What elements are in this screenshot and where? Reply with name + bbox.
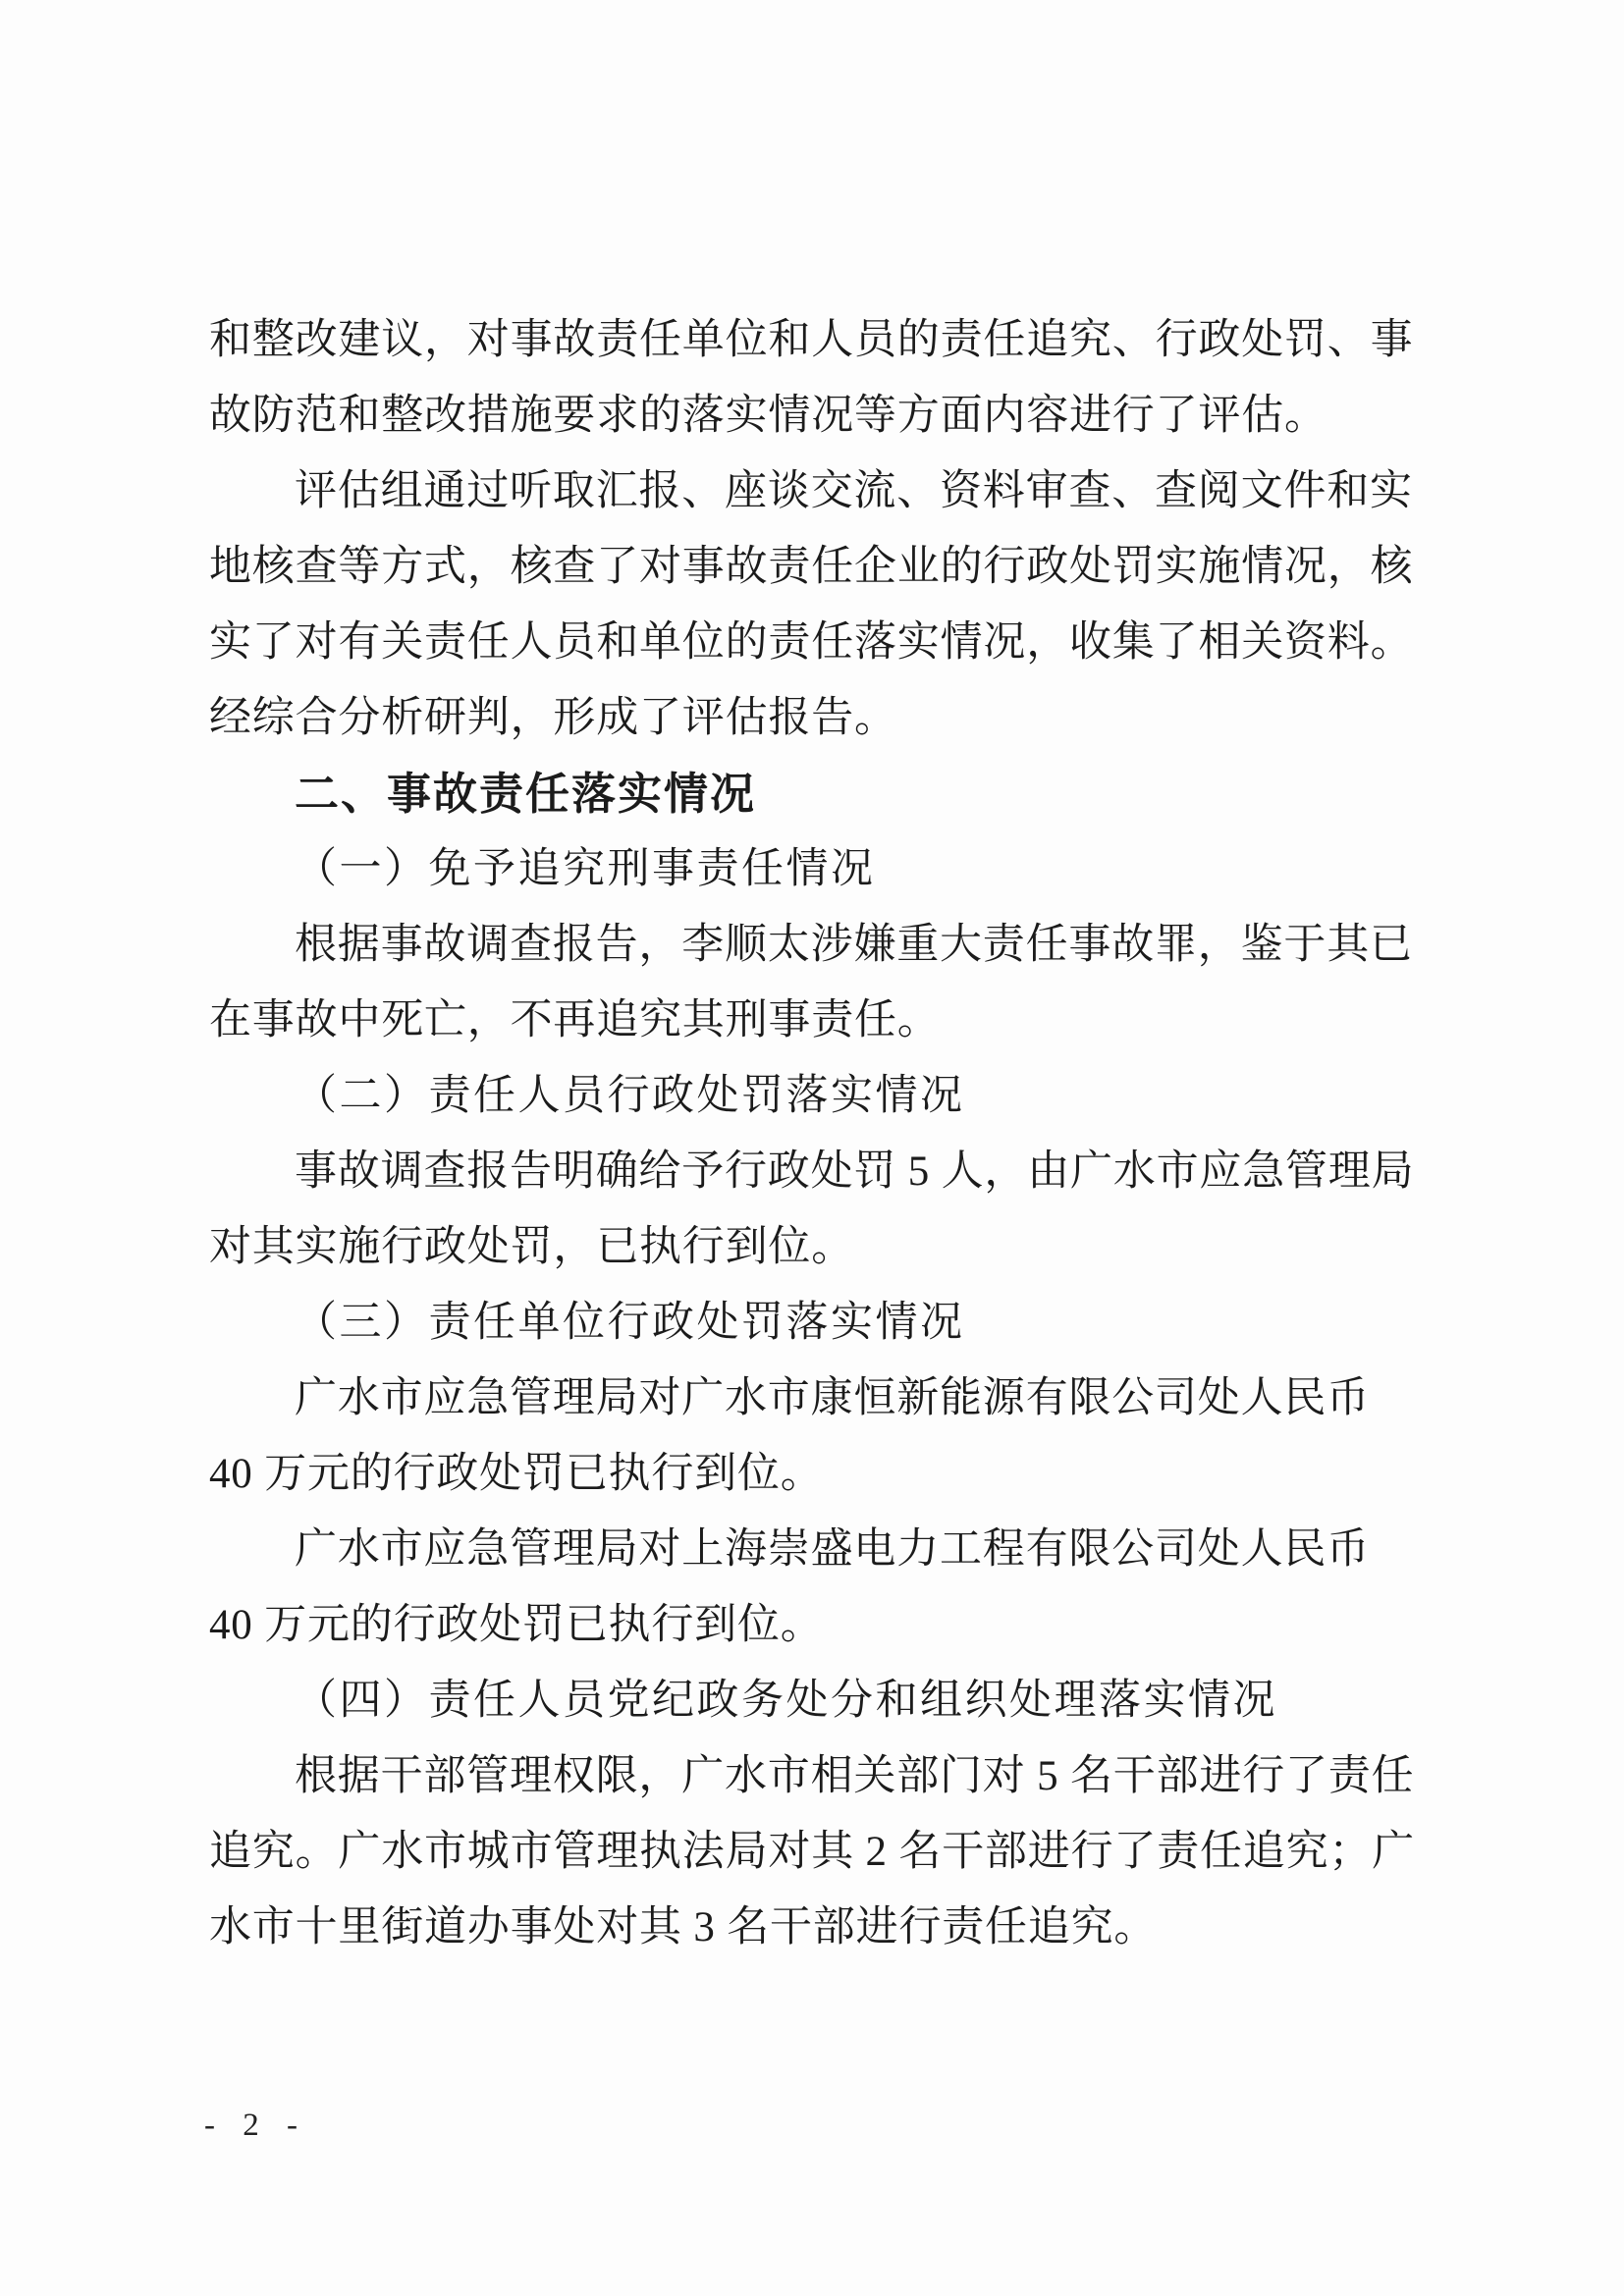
paragraph-line: 根据干部管理权限，广水市相关部门对 5 名干部进行了责任: [209, 1738, 1416, 1814]
subsection-heading: （一）免予追究刑事责任情况: [209, 831, 1416, 907]
paragraph-line: 对其实施行政处罚，已执行到位。: [209, 1209, 1416, 1285]
paragraph-line: 水市十里街道办事处对其 3 名干部进行责任追究。: [209, 1890, 1416, 1965]
page-number: - 2 -: [204, 2101, 307, 2150]
paragraph-line: 实了对有关责任人员和单位的责任落实情况，收集了相关资料。: [209, 605, 1416, 680]
subsection-heading: （三）责任单位行政处罚落实情况: [209, 1285, 1416, 1361]
document-body: 和整改建议，对事故责任单位和人员的责任追究、行政处罚、事 故防范和整改措施要求的…: [209, 302, 1416, 1965]
paragraph-line: 和整改建议，对事故责任单位和人员的责任追究、行政处罚、事: [209, 302, 1416, 378]
paragraph-line: 40 万元的行政处罚已执行到位。: [209, 1436, 1416, 1512]
document-page: 和整改建议，对事故责任单位和人员的责任追究、行政处罚、事 故防范和整改措施要求的…: [0, 0, 1624, 2296]
paragraph-line: 故防范和整改措施要求的落实情况等方面内容进行了评估。: [209, 378, 1416, 454]
subsection-heading: （四）责任人员党纪政务处分和组织处理落实情况: [209, 1663, 1416, 1738]
paragraph-line: 地核查等方式，核查了对事故责任企业的行政处罚实施情况，核: [209, 529, 1416, 605]
paragraph-line: 40 万元的行政处罚已执行到位。: [209, 1587, 1416, 1663]
paragraph-line: 追究。广水市城市管理执法局对其 2 名干部进行了责任追究；广: [209, 1814, 1416, 1890]
paragraph-line: 评估组通过听取汇报、座谈交流、资料审查、查阅文件和实: [209, 454, 1416, 529]
paragraph-line: 根据事故调查报告，李顺太涉嫌重大责任事故罪，鉴于其已: [209, 907, 1416, 983]
paragraph-line: 广水市应急管理局对上海崇盛电力工程有限公司处人民币: [209, 1512, 1416, 1587]
paragraph-line: 事故调查报告明确给予行政处罚 5 人，由广水市应急管理局: [209, 1134, 1416, 1209]
subsection-heading: （二）责任人员行政处罚落实情况: [209, 1058, 1416, 1134]
paragraph-line: 广水市应急管理局对广水市康恒新能源有限公司处人民币: [209, 1361, 1416, 1436]
paragraph-line: 在事故中死亡，不再追究其刑事责任。: [209, 983, 1416, 1058]
paragraph-line: 经综合分析研判，形成了评估报告。: [209, 680, 1416, 756]
section-heading: 二、事故责任落实情况: [209, 756, 1416, 831]
